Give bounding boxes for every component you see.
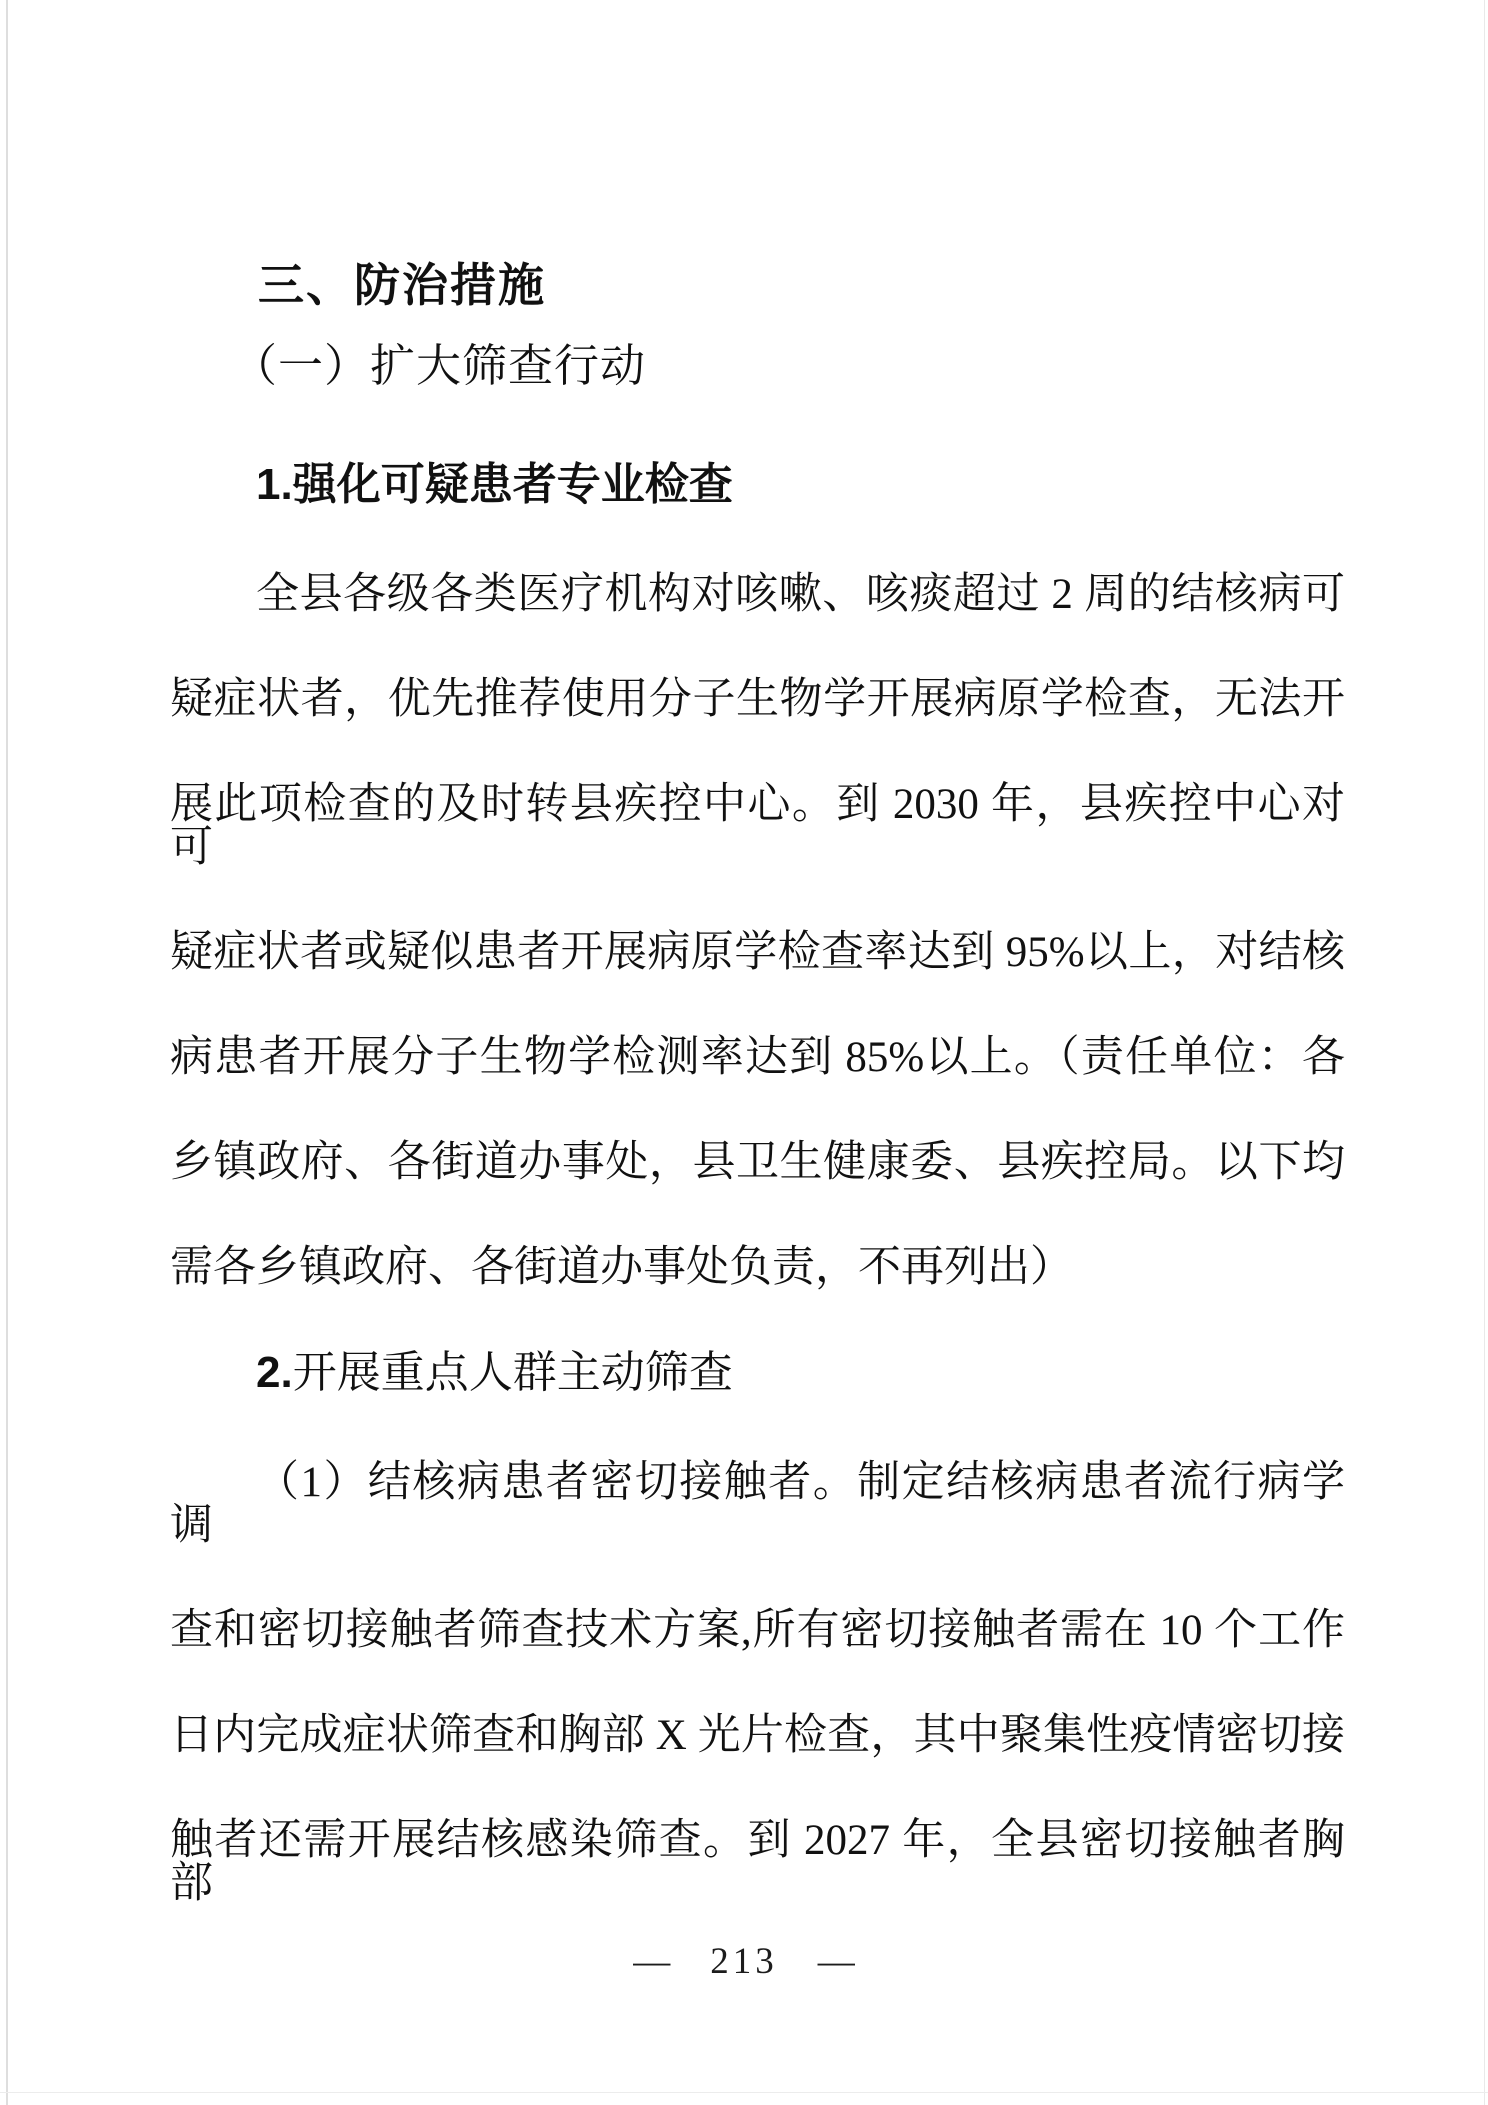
page-content: 三、防治措施 （一）扩大筛查行动 1.强化可疑患者专业检查 全县各级各类医疗机构… [170, 262, 1345, 1967]
section-heading-level1: 三、防治措施 [170, 262, 1345, 308]
heading-number: 2. [256, 1348, 293, 1397]
body-line: 展此项检查的及时转县疾控中心。到 2030 年，县疾控中心对可 [170, 783, 1345, 869]
section-heading-level3-item1: 1.强化可疑患者专业检查 [170, 463, 1345, 507]
scan-edge-right [1484, 0, 1485, 2105]
document-page: 三、防治措施 （一）扩大筛查行动 1.强化可疑患者专业检查 全县各级各类医疗机构… [0, 0, 1488, 2105]
body-line: 触者还需开展结核感染筛查。到 2027 年，全县密切接触者胸部 [170, 1819, 1345, 1905]
body-line: 疑症状者或疑似患者开展病原学检查率达到 95%以上，对结核 [170, 931, 1345, 974]
page-footer: — 213 — [0, 1940, 1488, 1983]
heading-number: 1. [256, 460, 293, 509]
body-line: 查和密切接触者筛查技术方案,所有密切接触者需在 10 个工作 [170, 1609, 1345, 1652]
body-line: 病患者开展分子生物学检测率达到 85%以上。（责任单位：各 [170, 1036, 1345, 1079]
body-line: 需各乡镇政府、各街道办事处负责，不再列出） [170, 1246, 1345, 1289]
footer-dash-left: — [633, 1940, 670, 1983]
section-heading-level3-item2: 2.开展重点人群主动筛查 [170, 1351, 1345, 1395]
scan-edge-bottom [0, 2092, 1488, 2093]
section-heading-level2: （一）扩大筛查行动 [170, 344, 1345, 389]
footer-dash-right: — [818, 1940, 855, 1983]
body-line: 全县各级各类医疗机构对咳嗽、咳痰超过 2 周的结核病可 [170, 573, 1345, 616]
body-line: （1）结核病患者密切接触者。制定结核病患者流行病学调 [170, 1461, 1345, 1547]
page-number: 213 [710, 1940, 778, 1983]
body-line: 疑症状者，优先推荐使用分子生物学开展病原学检查，无法开 [170, 678, 1345, 721]
heading-text: 强化可疑患者专业检查 [293, 460, 733, 509]
body-line: 日内完成症状筛查和胸部 X 光片检查，其中聚集性疫情密切接 [170, 1714, 1345, 1757]
paragraph-1: 全县各级各类医疗机构对咳嗽、咳痰超过 2 周的结核病可 疑症状者，优先推荐使用分… [170, 573, 1345, 1289]
body-line: 乡镇政府、各街道办事处，县卫生健康委、县疾控局。以下均 [170, 1141, 1345, 1184]
heading-text: 开展重点人群主动筛查 [293, 1348, 733, 1397]
scan-edge-left [6, 0, 8, 2105]
paragraph-2: （1）结核病患者密切接触者。制定结核病患者流行病学调 查和密切接触者筛查技术方案… [170, 1461, 1345, 1905]
